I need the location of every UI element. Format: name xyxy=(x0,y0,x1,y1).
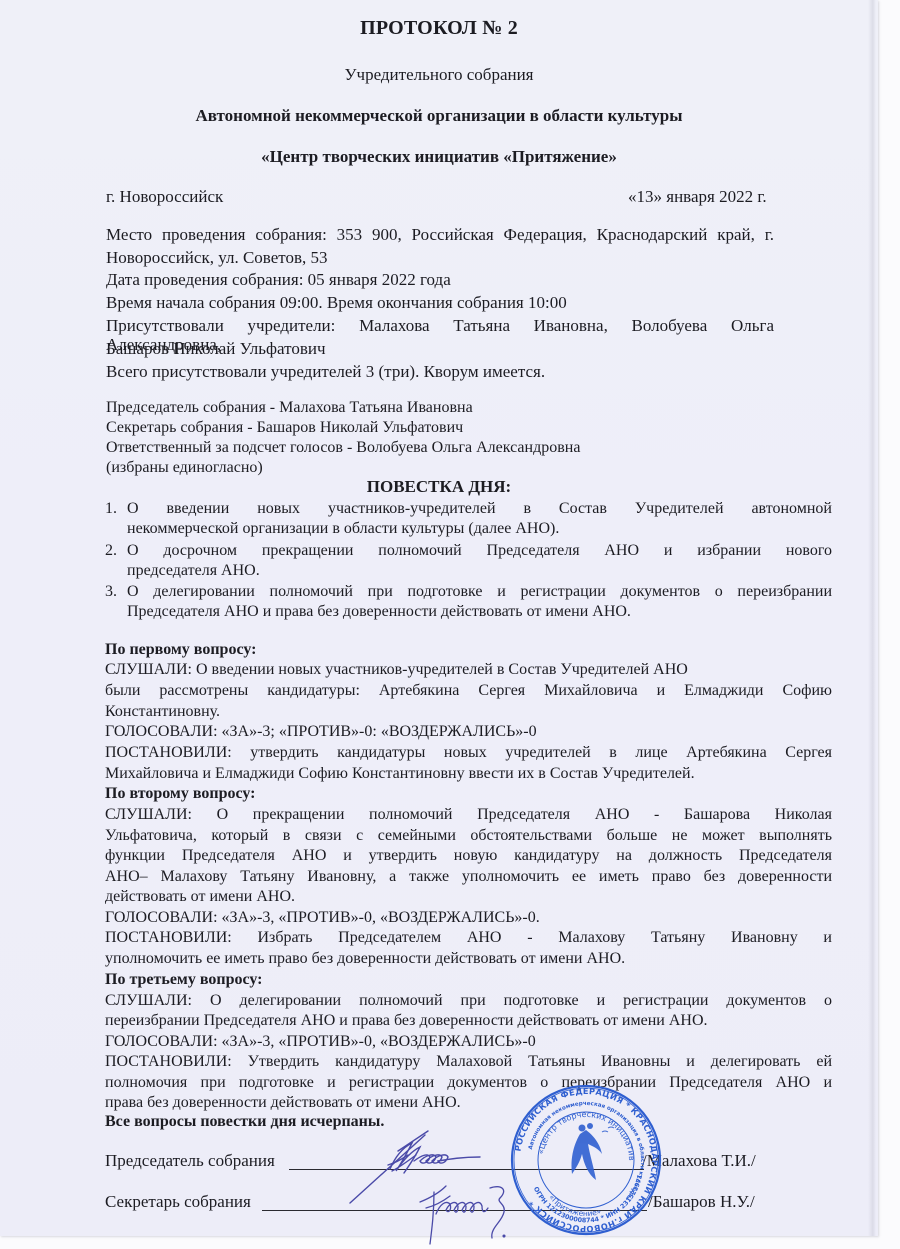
question-line: ПОСТАНОВИЛИ: утвердить кандидатуры новых… xyxy=(105,743,832,762)
agenda-item-line1: О введении новых участников-учредителей … xyxy=(127,499,832,518)
question-line: СЛУШАЛИ: О прекращении полномочий Предсе… xyxy=(105,805,832,824)
meeting-time: Время начала собрания 09:00. Время оконч… xyxy=(106,293,567,312)
question-line: функции Председателя АНО и утвердить нов… xyxy=(105,846,832,865)
question-line: Ульфатовича, который в связи с семейными… xyxy=(105,826,832,845)
question-line: ПОСТАНОВИЛИ: Избрать Председателем АНО -… xyxy=(105,928,832,947)
document-page: ПРОТОКОЛ № 2 Учредительного собрания Авт… xyxy=(0,0,878,1236)
quorum-statement: Всего присутствовали учредителей 3 (три)… xyxy=(106,362,545,381)
question-line: действовать от имени АНО. xyxy=(105,887,295,906)
document-date: «13» января 2022 г. xyxy=(628,187,767,206)
question-line: уполномочить ее иметь право без доверенн… xyxy=(105,949,625,968)
question-line: полномочия при подготовке и регистрации … xyxy=(105,1073,832,1092)
vote-result: ГОЛОСОВАЛИ: «ЗА»-3, «ПРОТИВ»-0, «ВОЗДЕРЖ… xyxy=(105,1032,536,1051)
vote-result: ГОЛОСОВАЛИ: «ЗА»-3, «ПРОТИВ»-0, «ВОЗДЕРЖ… xyxy=(105,908,540,927)
meeting-place-line2: Новороссийск, ул. Советов, 53 xyxy=(106,248,327,267)
agenda-item-number: 3. xyxy=(105,582,117,601)
document-subtitle: Учредительного собрания xyxy=(0,65,878,84)
vote-counter: Ответственный за подсчет голосов - Волоб… xyxy=(106,438,580,457)
question-heading: По второму вопросу: xyxy=(105,784,255,803)
agenda-item-line2: некоммерческой организации в области кул… xyxy=(127,519,559,538)
question-line: переизбрании Председателя АНО и права бе… xyxy=(105,1011,708,1030)
secretary-of-meeting: Секретарь собрания - Башаров Николай Уль… xyxy=(106,418,463,437)
vote-result: ГОЛОСОВАЛИ: «ЗА»-3; «ПРОТИВ»-0: «ВОЗДЕРЖ… xyxy=(105,722,537,741)
document-title: ПРОТОКОЛ № 2 xyxy=(0,19,878,38)
org-name-line1: Автономной некоммерческой организации в … xyxy=(0,106,878,125)
scan-edge-shadow xyxy=(868,0,876,1236)
question-line: ПОСТАНОВИЛИ: Утвердить кандидатуру Малах… xyxy=(105,1052,832,1071)
agenda-item-line1: О делегировании полномочий при подготовк… xyxy=(127,582,832,601)
agenda-heading: ПОВЕСТКА ДНЯ: xyxy=(0,477,878,496)
question-line: СЛУШАЛИ: О введении новых участников-учр… xyxy=(105,660,688,679)
agenda-item-line2: Председателя АНО и права без доверенност… xyxy=(127,602,631,621)
question-line: права без доверенности действовать от им… xyxy=(105,1093,461,1112)
question-heading: По третьему вопросу: xyxy=(105,970,262,989)
org-name-line2: «Центр творческих инициатив «Притяжение» xyxy=(0,147,878,166)
secretary-signature-name: /Башаров Н.У./ xyxy=(648,1192,755,1211)
question-line: были рассмотрены кандидатуры: Артебякина… xyxy=(105,681,832,700)
agenda-item-number: 2. xyxy=(105,541,117,560)
secretary-signature-label: Секретарь собрания xyxy=(105,1192,251,1211)
agenda-item-line1: О досрочном прекращении полномочий Предс… xyxy=(127,541,832,560)
chair-of-meeting: Председатель собрания - Малахова Татьяна… xyxy=(106,398,473,417)
chair-signature-label: Председатель собрания xyxy=(105,1151,275,1170)
meeting-date: Дата проведения собрания: 05 января 2022… xyxy=(106,270,451,289)
question-line: Михайловича и Елмаджиди Софию Константин… xyxy=(105,764,695,783)
city: г. Новороссийск xyxy=(106,187,223,206)
organization-stamp: РОССИЙСКАЯ ФЕДЕРАЦИЯ * КРАСНОДАРСКИЙ КРА… xyxy=(510,1084,662,1236)
question-heading: По первому вопросу: xyxy=(105,640,256,659)
election-note: (избраны единогласно) xyxy=(106,458,263,477)
agenda-item-line2: председателя АНО. xyxy=(127,561,260,580)
attendees-line2: Башаров Николай Ульфатович xyxy=(106,339,326,358)
question-line: Константиновну. xyxy=(105,702,220,721)
agenda-item-number: 1. xyxy=(105,499,117,518)
meeting-place-line1: Место проведения собрания: 353 900, Росс… xyxy=(106,225,774,244)
question-line: СЛУШАЛИ: О делегировании полномочий при … xyxy=(105,991,832,1010)
question-line: АНО– Малахову Татьяну Ивановну, а также … xyxy=(105,867,832,886)
